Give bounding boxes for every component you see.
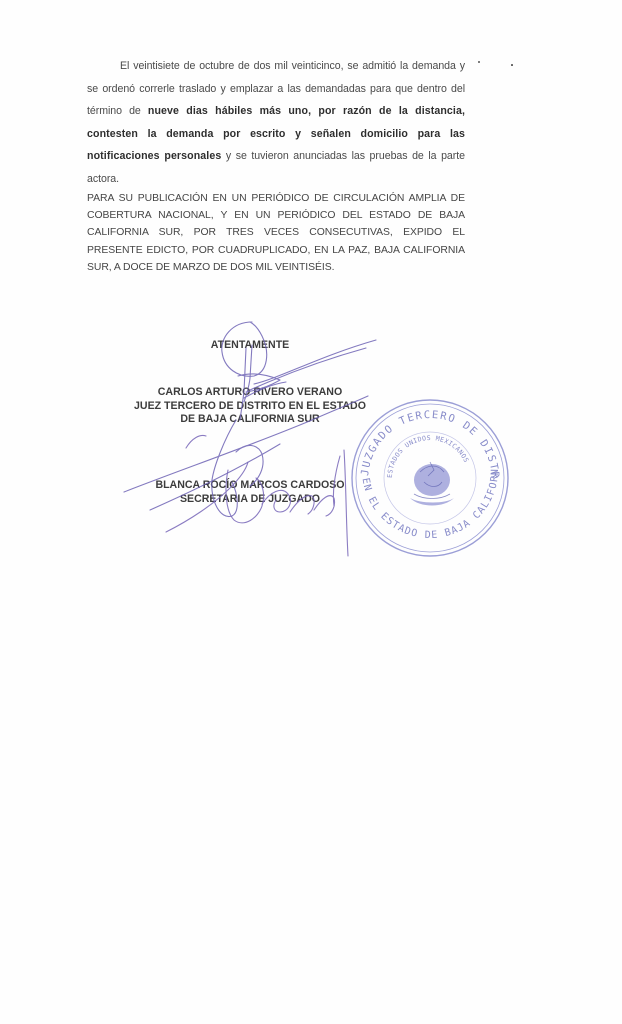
scan-speck (511, 64, 513, 66)
judge-name: CARLOS ARTURO RIVERO VERANO (100, 386, 400, 400)
judge-signature-block: CARLOS ARTURO RIVERO VERANO JUEZ TERCERO… (100, 386, 400, 427)
secretary-title: SECRETARIA DE JUZGADO (100, 493, 400, 507)
document-page: El veintisiete de octubre de dos mil vei… (0, 0, 622, 1024)
judge-title-line1: JUEZ TERCERO DE DISTRITO EN EL ESTADO (100, 400, 400, 414)
paragraph-admission: El veintisiete de octubre de dos mil vei… (87, 55, 465, 190)
secretary-signature-block: BLANCA ROCÍO MARCOS CARDOSO SECRETARIA D… (100, 479, 400, 506)
paragraph-publication: PARA SU PUBLICACIÓN EN UN PERIÓDICO DE C… (87, 190, 465, 276)
scan-speck (478, 61, 480, 63)
svg-text:ESTADOS UNIDOS MEXICANOS: ESTADOS UNIDOS MEXICANOS (386, 434, 470, 478)
judge-title-line2: DE BAJA CALIFORNIA SUR (100, 413, 400, 427)
secretary-name: BLANCA ROCÍO MARCOS CARDOSO (100, 479, 400, 493)
closing-attentively: ATENTAMENTE (100, 339, 400, 353)
